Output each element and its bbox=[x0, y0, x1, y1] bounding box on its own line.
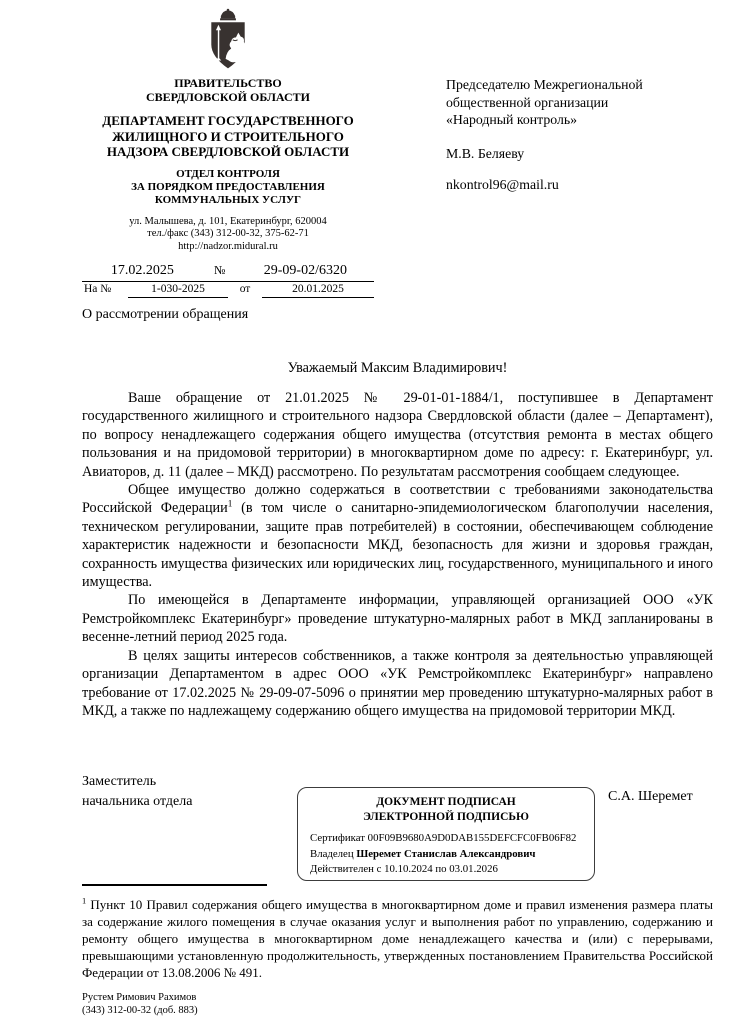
executor-name: Рустем Римович Рахимов bbox=[82, 992, 198, 1005]
owner-label: Владелец bbox=[310, 848, 354, 860]
registration-block: 17.02.2025 № 29-09-02/6320 На № 1-030-20… bbox=[82, 263, 374, 298]
body-paragraph-2: Общее имущество должно содержаться в соо… bbox=[82, 481, 713, 591]
owner-line: Владелец Шеремет Станислав Александрович bbox=[310, 847, 582, 863]
letterhead-address: ул. Малышева, д. 101, Екатеринбург, 6200… bbox=[82, 216, 374, 254]
letter-page: ПРАВИТЕЛЬСТВО СВЕРДЛОВСКОЙ ОБЛАСТИ ДЕПАР… bbox=[0, 0, 733, 1022]
esign-stamp-title: ДОКУМЕНТ ПОДПИСАН ЭЛЕКТРОННОЙ ПОДПИСЬЮ bbox=[310, 795, 582, 824]
division-title: ОТДЕЛ КОНТРОЛЯ ЗА ПОРЯДКОМ ПРЕДОСТАВЛЕНИ… bbox=[82, 168, 374, 207]
sverdlovsk-coat-of-arms-icon bbox=[204, 8, 252, 70]
owner-value: Шеремет Станислав Александрович bbox=[356, 848, 535, 860]
certificate-line: Сертификат 00F09B9680A9D0DAB155DEFCFC0FB… bbox=[310, 831, 582, 847]
recipient-email: nkontrol96@mail.ru bbox=[446, 176, 721, 194]
body-paragraph-1: Ваше обращение от 21.01.2025 № 29-01-01-… bbox=[82, 389, 713, 481]
footnote-text: Пункт 10 Правил содержания общего имущес… bbox=[82, 897, 713, 980]
reply-ref-label: На № bbox=[82, 283, 128, 295]
incoming-row: На № 1-030-2025 от 20.01.2025 bbox=[82, 283, 374, 298]
footnote: 1 Пункт 10 Правил содержания общего имущ… bbox=[82, 896, 713, 981]
outgoing-date-field: 17.02.2025 bbox=[82, 263, 203, 279]
incoming-date-field: 20.01.2025 bbox=[262, 283, 374, 298]
footnote-separator bbox=[82, 884, 267, 886]
executor-phone: (343) 312-00-32 (доб. 883) bbox=[82, 1005, 198, 1018]
body-paragraph-4: В целях защиты интересов собственников, … bbox=[82, 647, 713, 721]
esign-stamp-details: Сертификат 00F09B9680A9D0DAB155DEFCFC0FB… bbox=[310, 831, 582, 878]
salutation: Уважаемый Максим Владимирович! bbox=[82, 360, 713, 377]
outgoing-row: 17.02.2025 № 29-09-02/6320 bbox=[82, 263, 374, 282]
certificate-value: 00F09B9680A9D0DAB155DEFCFC0FB06F82 bbox=[368, 832, 577, 844]
validity-line: Действителен с 10.10.2024 по 03.01.2026 bbox=[310, 862, 582, 878]
recipient-address: Председателю Межрегиональной общественно… bbox=[446, 76, 721, 129]
government-title: ПРАВИТЕЛЬСТВО СВЕРДЛОВСКОЙ ОБЛАСТИ bbox=[82, 76, 374, 104]
signature-name: С.А. Шеремет bbox=[608, 789, 693, 805]
subject-line: О рассмотрении обращения bbox=[82, 307, 248, 323]
number-sign: № bbox=[203, 263, 237, 278]
signature-position: Заместитель начальника отдела bbox=[82, 772, 192, 811]
outgoing-number-field: 29-09-02/6320 bbox=[237, 263, 374, 279]
letterhead: ПРАВИТЕЛЬСТВО СВЕРДЛОВСКОЙ ОБЛАСТИ ДЕПАР… bbox=[82, 8, 374, 298]
department-title: ДЕПАРТАМЕНТ ГОСУДАРСТВЕННОГО ЖИЛИЩНОГО И… bbox=[82, 113, 374, 160]
recipient-name: М.В. Беляеву bbox=[446, 145, 721, 163]
incoming-number-field: 1-030-2025 bbox=[128, 283, 228, 298]
recipient-block: Председателю Межрегиональной общественно… bbox=[446, 76, 721, 194]
certificate-label: Сертификат bbox=[310, 832, 365, 844]
from-label: от bbox=[228, 283, 262, 295]
esign-stamp: ДОКУМЕНТ ПОДПИСАН ЭЛЕКТРОННОЙ ПОДПИСЬЮ С… bbox=[297, 787, 595, 881]
letter-body: Ваше обращение от 21.01.2025 № 29-01-01-… bbox=[82, 389, 713, 720]
executor-block: Рустем Римович Рахимов (343) 312-00-32 (… bbox=[82, 992, 198, 1017]
body-paragraph-3: По имеющейся в Департаменте информации, … bbox=[82, 591, 713, 646]
